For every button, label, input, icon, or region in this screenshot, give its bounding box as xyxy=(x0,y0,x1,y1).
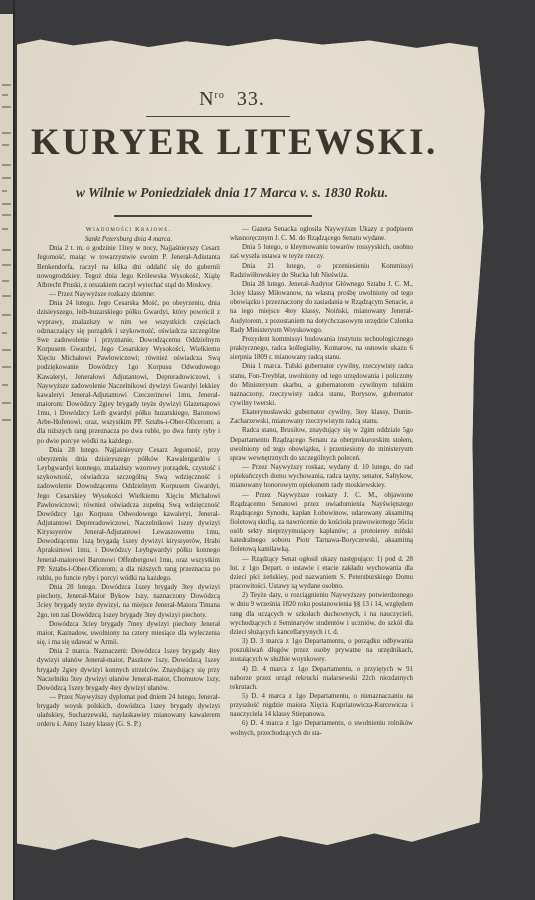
dateline: w Wilnie w Poniedziałek dnia 17 Marca v.… xyxy=(37,185,427,201)
article-paragraph: Dnia 28 lutego. Jenerał-Audytor Głównego… xyxy=(230,280,413,335)
previous-page-edge xyxy=(0,14,14,900)
left-column: Wiadomości Krajowe. Sankt Petersburg dni… xyxy=(37,225,220,730)
article-paragraph: 6) D. 4 marca z 1go Departamentu, o uwol… xyxy=(230,719,413,737)
newspaper-page: Nro 33. KURYER LITEWSKI. w Wilnie w Poni… xyxy=(17,28,487,860)
masthead-rule-bottom xyxy=(114,215,312,217)
issue-suffix: ro xyxy=(215,90,225,101)
article-paragraph: Ekaterynosławski gubernator cywilny, 5te… xyxy=(230,408,413,426)
article-paragraph: Dnia 5 lutego, o kleymowaniu towarów ros… xyxy=(230,243,413,261)
article-paragraph: — Przez Naywyższy roskaz, wydany d. 10 l… xyxy=(230,463,413,490)
article-paragraph: Radca stanu, Brusiłow, znaydujący się w … xyxy=(230,426,413,463)
article-paragraph: — Przez Naywyższe roskazy J. C. M., obja… xyxy=(230,491,413,555)
article-paragraph: Dnia 2 marca. Naznaczeni: Dowódzca 1szey… xyxy=(37,647,220,693)
article-paragraph: Dnia 24 lutego. Jego Cesarska Mość, po o… xyxy=(37,299,220,446)
masthead-rule-top xyxy=(146,116,290,117)
article-paragraph: Dnia 21 lutego, o przeniesieniu Kommissy… xyxy=(230,262,413,280)
article-paragraph: 3) D. 3 marca z 1go Departamentu, o porz… xyxy=(230,637,413,664)
article-paragraph: Dnia 28 lutego. Najjaśnieyszy Cesarz Jeg… xyxy=(37,446,220,583)
issue-number-value: 33. xyxy=(237,88,265,110)
right-column: — Gazeta Senacka ogłosiła Naywyższe Ukaz… xyxy=(230,225,413,738)
article-paragraph: 2) Teyże daty, o rozciągnieniu Naywyższe… xyxy=(230,591,413,637)
article-paragraph: — Przez Naywyższe rozkazy dzienne: xyxy=(37,290,220,299)
article-paragraph: Dowódzca 3ciey brygady 7mey dywizyi piec… xyxy=(37,620,220,647)
article-paragraph: — Gazeta Senacka ogłosiła Naywyższe Ukaz… xyxy=(230,225,413,243)
section-heading: Wiadomości Krajowe. xyxy=(37,225,220,234)
article-paragraph: Dnia 2 t. m. o godzinie 11tey w nocy, Na… xyxy=(37,244,220,290)
article-paragraph: 4) D. 4 marca z 1go Departamentu, o przy… xyxy=(230,665,413,692)
article-paragraph: Dnia 1 marca. Tulski gubernator cywilny,… xyxy=(230,362,413,408)
article-paragraph: Prezydent kommissyi budowania instytutu … xyxy=(230,335,413,362)
dateline-subheading: Sankt Petersburg dnia 4 marca. xyxy=(37,235,220,244)
issue-number: Nro 33. xyxy=(167,88,297,111)
issue-prefix: N xyxy=(199,88,214,110)
article-paragraph: Dnia 28 lutego. Dowódzca 1szey brygady 3… xyxy=(37,583,220,620)
article-paragraph: — Przez Naywyższy dyplomat pod dniem 24 … xyxy=(37,693,220,730)
binding-gutter xyxy=(13,0,15,900)
article-paragraph: — Rządzący Senat ogłosił ukazy następują… xyxy=(230,555,413,592)
article-paragraph: 5) D. 4 marca z 1go Departamentu, o nien… xyxy=(230,692,413,719)
newspaper-title: KURYER LITEWSKI. xyxy=(31,121,431,164)
